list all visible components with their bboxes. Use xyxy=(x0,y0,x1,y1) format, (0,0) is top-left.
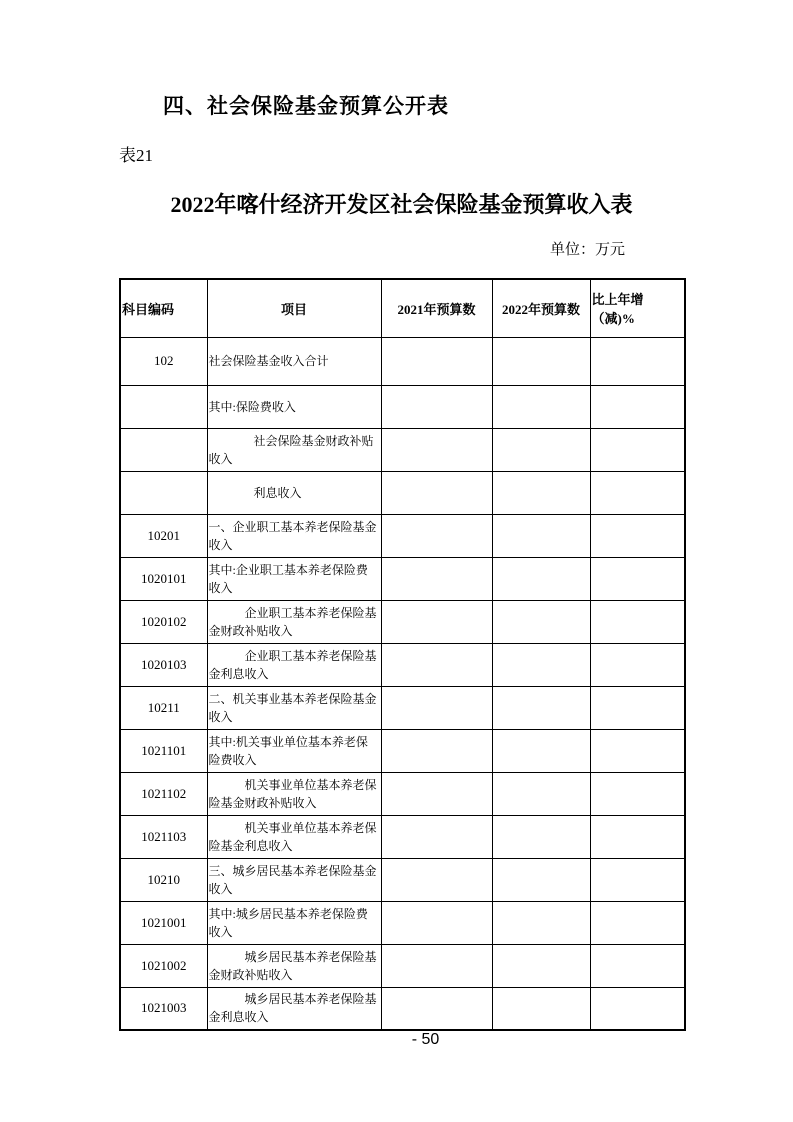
subject-code-cell: 1021103 xyxy=(120,815,207,858)
value-cell-change xyxy=(590,987,685,1030)
item-cell: 城乡居民基本养老保险基金财政补贴收入 xyxy=(207,944,381,987)
item-label: 社会保险基金收入合计 xyxy=(209,352,380,370)
item-label: 机关事业单位基本养老保险基金财政补贴收入 xyxy=(209,776,380,812)
subject-code-cell: 1021003 xyxy=(120,987,207,1030)
item-cell: 机关事业单位基本养老保险基金财政补贴收入 xyxy=(207,772,381,815)
value-cell-y2022 xyxy=(492,471,590,514)
item-label: 其中:城乡居民基本养老保险费收入 xyxy=(209,905,380,941)
item-cell: 社会保险基金财政补贴收入 xyxy=(207,428,381,471)
item-label: 一、企业职工基本养老保险基金收入 xyxy=(209,518,380,554)
table-label: 表21 xyxy=(119,141,153,166)
value-cell-y2022 xyxy=(492,987,590,1030)
value-cell-change xyxy=(590,471,685,514)
item-cell: 企业职工基本养老保险基金财政补贴收入 xyxy=(207,600,381,643)
section-heading: 四、社会保险基金预算公开表 xyxy=(163,90,449,120)
value-cell-y2021 xyxy=(381,858,492,901)
value-cell-y2022 xyxy=(492,729,590,772)
subject-code-cell: 1020103 xyxy=(120,643,207,686)
item-label: 三、城乡居民基本养老保险基金收入 xyxy=(209,862,380,898)
item-label: 利息收入 xyxy=(209,484,380,502)
column-header-3: 2022年预算数 xyxy=(492,279,590,337)
item-cell: 利息收入 xyxy=(207,471,381,514)
item-label: 其中:企业职工基本养老保险费收入 xyxy=(209,561,380,597)
value-cell-y2022 xyxy=(492,337,590,385)
table-row: 1020103企业职工基本养老保险基金利息收入 xyxy=(120,643,685,686)
item-cell: 三、城乡居民基本养老保险基金收入 xyxy=(207,858,381,901)
column-header-2: 2021年预算数 xyxy=(381,279,492,337)
value-cell-y2021 xyxy=(381,337,492,385)
value-cell-y2022 xyxy=(492,772,590,815)
value-cell-y2022 xyxy=(492,600,590,643)
value-cell-change xyxy=(590,901,685,944)
table-row: 102社会保险基金收入合计 xyxy=(120,337,685,385)
table-row: 1021002城乡居民基本养老保险基金财政补贴收入 xyxy=(120,944,685,987)
value-cell-y2022 xyxy=(492,514,590,557)
value-cell-change xyxy=(590,686,685,729)
subject-code-cell xyxy=(120,428,207,471)
item-cell: 二、机关事业基本养老保险基金收入 xyxy=(207,686,381,729)
subject-code-cell: 10210 xyxy=(120,858,207,901)
item-label: 其中:机关事业单位基本养老保险费收入 xyxy=(209,733,380,769)
item-cell: 其中:企业职工基本养老保险费收入 xyxy=(207,557,381,600)
column-header-1: 项目 xyxy=(207,279,381,337)
value-cell-y2021 xyxy=(381,471,492,514)
subject-code-cell: 10211 xyxy=(120,686,207,729)
value-cell-y2021 xyxy=(381,514,492,557)
value-cell-y2021 xyxy=(381,557,492,600)
document-page: 四、社会保险基金预算公开表 表21 2022年喀什经济开发区社会保险基金预算收入… xyxy=(0,0,793,1122)
subject-code-cell xyxy=(120,471,207,514)
subject-code-cell: 1021001 xyxy=(120,901,207,944)
item-label: 机关事业单位基本养老保险基金利息收入 xyxy=(209,819,380,855)
table-row: 1020101其中:企业职工基本养老保险费收入 xyxy=(120,557,685,600)
value-cell-change xyxy=(590,643,685,686)
column-header-0: 科目编码 xyxy=(120,279,207,337)
value-cell-y2021 xyxy=(381,987,492,1030)
value-cell-y2021 xyxy=(381,772,492,815)
item-cell: 城乡居民基本养老保险基金利息收入 xyxy=(207,987,381,1030)
value-cell-y2021 xyxy=(381,643,492,686)
table-row: 1021101其中:机关事业单位基本养老保险费收入 xyxy=(120,729,685,772)
item-cell: 一、企业职工基本养老保险基金收入 xyxy=(207,514,381,557)
table-row: 社会保险基金财政补贴收入 xyxy=(120,428,685,471)
subject-code-cell: 1021102 xyxy=(120,772,207,815)
table-row: 1021103机关事业单位基本养老保险基金利息收入 xyxy=(120,815,685,858)
subject-code-cell: 102 xyxy=(120,337,207,385)
item-cell: 其中:机关事业单位基本养老保险费收入 xyxy=(207,729,381,772)
value-cell-y2021 xyxy=(381,729,492,772)
value-cell-change xyxy=(590,514,685,557)
value-cell-change xyxy=(590,600,685,643)
subject-code-cell: 1021101 xyxy=(120,729,207,772)
value-cell-change xyxy=(590,815,685,858)
item-label: 二、机关事业基本养老保险基金收入 xyxy=(209,690,380,726)
item-label: 城乡居民基本养老保险基金利息收入 xyxy=(209,990,380,1026)
table-row: 1021102机关事业单位基本养老保险基金财政补贴收入 xyxy=(120,772,685,815)
value-cell-y2021 xyxy=(381,901,492,944)
item-cell: 其中:城乡居民基本养老保险费收入 xyxy=(207,901,381,944)
value-cell-y2021 xyxy=(381,944,492,987)
value-cell-y2022 xyxy=(492,901,590,944)
value-cell-y2022 xyxy=(492,944,590,987)
value-cell-y2021 xyxy=(381,600,492,643)
value-cell-y2021 xyxy=(381,686,492,729)
item-cell: 企业职工基本养老保险基金利息收入 xyxy=(207,643,381,686)
budget-table-body: 102社会保险基金收入合计其中:保险费收入社会保险基金财政补贴收入利息收入102… xyxy=(120,337,685,1030)
table-row: 10201一、企业职工基本养老保险基金收入 xyxy=(120,514,685,557)
item-label: 社会保险基金财政补贴收入 xyxy=(209,432,380,468)
value-cell-change xyxy=(590,428,685,471)
value-cell-y2022 xyxy=(492,858,590,901)
report-title: 2022年喀什经济开发区社会保险基金预算收入表 xyxy=(119,188,684,219)
item-label: 其中:保险费收入 xyxy=(209,398,380,416)
value-cell-change xyxy=(590,337,685,385)
value-cell-y2021 xyxy=(381,815,492,858)
table-row: 1021001其中:城乡居民基本养老保险费收入 xyxy=(120,901,685,944)
value-cell-change xyxy=(590,772,685,815)
item-cell: 其中:保险费收入 xyxy=(207,385,381,428)
value-cell-y2022 xyxy=(492,385,590,428)
value-cell-change xyxy=(590,557,685,600)
page-number: - 50 xyxy=(143,1031,708,1049)
item-cell: 机关事业单位基本养老保险基金利息收入 xyxy=(207,815,381,858)
value-cell-change xyxy=(590,944,685,987)
budget-table: 科目编码项目2021年预算数2022年预算数比上年增（减)% 102社会保险基金… xyxy=(119,278,686,1031)
unit-note: 单位：万元 xyxy=(550,238,625,259)
item-cell: 社会保险基金收入合计 xyxy=(207,337,381,385)
value-cell-y2022 xyxy=(492,557,590,600)
table-row: 利息收入 xyxy=(120,471,685,514)
subject-code-cell: 10201 xyxy=(120,514,207,557)
value-cell-change xyxy=(590,858,685,901)
table-row: 1021003城乡居民基本养老保险基金利息收入 xyxy=(120,987,685,1030)
budget-table-header-row: 科目编码项目2021年预算数2022年预算数比上年增（减)% xyxy=(120,279,685,337)
value-cell-y2021 xyxy=(381,385,492,428)
value-cell-y2021 xyxy=(381,428,492,471)
table-row: 1020102企业职工基本养老保险基金财政补贴收入 xyxy=(120,600,685,643)
value-cell-y2022 xyxy=(492,686,590,729)
column-header-4: 比上年增（减)% xyxy=(590,279,685,337)
item-label: 企业职工基本养老保险基金财政补贴收入 xyxy=(209,604,380,640)
subject-code-cell: 1021002 xyxy=(120,944,207,987)
item-label: 城乡居民基本养老保险基金财政补贴收入 xyxy=(209,948,380,984)
subject-code-cell: 1020101 xyxy=(120,557,207,600)
table-row: 其中:保险费收入 xyxy=(120,385,685,428)
table-row: 10210三、城乡居民基本养老保险基金收入 xyxy=(120,858,685,901)
item-label: 企业职工基本养老保险基金利息收入 xyxy=(209,647,380,683)
value-cell-y2022 xyxy=(492,428,590,471)
value-cell-y2022 xyxy=(492,643,590,686)
table-row: 10211二、机关事业基本养老保险基金收入 xyxy=(120,686,685,729)
subject-code-cell xyxy=(120,385,207,428)
value-cell-change xyxy=(590,729,685,772)
value-cell-y2022 xyxy=(492,815,590,858)
subject-code-cell: 1020102 xyxy=(120,600,207,643)
value-cell-change xyxy=(590,385,685,428)
